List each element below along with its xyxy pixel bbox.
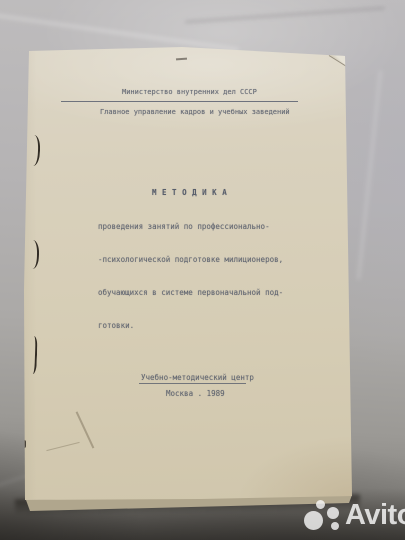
avito-logo-circle (327, 507, 339, 519)
title-body-block: проведения занятий по профессионально- -… (98, 199, 283, 353)
avito-logo-circle (316, 500, 325, 509)
ministry-line: Министерство внутренних дел СССР (122, 88, 257, 96)
avito-logo-circle (331, 522, 339, 530)
binding-staple-icon (27, 336, 37, 374)
paper-crease (46, 442, 79, 451)
body-line: -психологической подготовке милиционеров… (98, 254, 283, 265)
body-line: проведения занятий по профессионально- (98, 221, 283, 232)
booklet-cover: Министерство внутренних дел СССР Главное… (0, 0, 405, 540)
city-year-line: Москва . 1989 (166, 389, 225, 398)
publisher-line: Учебно-методический центр (141, 373, 254, 382)
body-line: обучающихся в системе первоначальной под… (98, 287, 283, 298)
photo: Министерство внутренних дел СССР Главное… (0, 0, 405, 540)
avito-logo-icon (296, 496, 343, 534)
binding-staple-icon (30, 240, 40, 269)
body-line: готовки. (98, 320, 283, 331)
publisher-underline (139, 383, 246, 384)
department-line: Главное управление кадров и учебных заве… (100, 108, 290, 116)
avito-watermark: Avito (296, 496, 405, 534)
avito-wordmark: Avito (345, 496, 405, 534)
header-rule (61, 101, 298, 102)
booklet-title: М Е Т О Д И К А (152, 188, 227, 197)
avito-logo-circle (304, 511, 323, 530)
ink-smudge (176, 58, 187, 61)
binding-staple-icon (30, 135, 40, 166)
